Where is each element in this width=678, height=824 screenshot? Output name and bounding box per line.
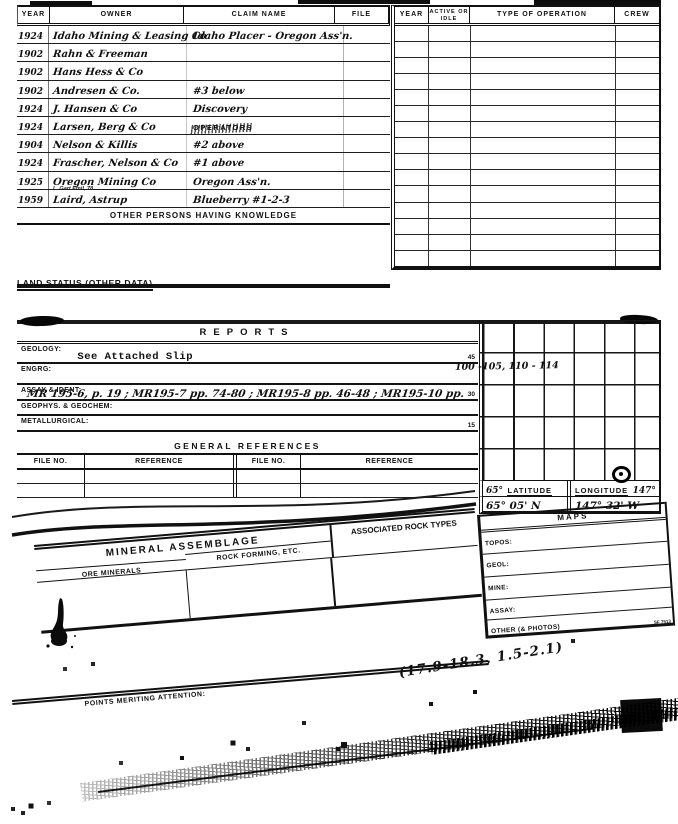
ops-type-cell xyxy=(471,74,616,89)
ops-active-cell xyxy=(429,26,471,41)
ops-active-cell xyxy=(429,106,471,121)
report-field-row: GEOLOGY:See Attached Slip45 xyxy=(17,344,478,364)
claim-file-cell xyxy=(343,81,390,98)
ops-active-cell xyxy=(429,235,471,250)
report-field-row: ENGRG:MR 195-6, p. 19 ; MR195-7 pp. 74-8… xyxy=(17,364,478,385)
reference-column-header: FILE NO. xyxy=(237,455,301,468)
claim-name: Discovery xyxy=(192,102,248,117)
maps-row-label: OTHER (& PHOTOS) xyxy=(488,622,561,635)
ops-type-cell xyxy=(471,122,616,137)
claim-year-cell: 1902 xyxy=(17,62,49,79)
ops-year-cell xyxy=(395,74,429,89)
ops-type-cell xyxy=(471,154,616,169)
claim-row: 1902Hans Hess & Co xyxy=(17,62,390,80)
scan-artifact-specks xyxy=(0,0,2,2)
other-persons-heading: OTHER PERSONS HAVING KNOWLEDGE xyxy=(17,208,390,225)
claim-name-cell: #3 below xyxy=(186,81,343,98)
claim-owner-cell: Hans Hess & Co xyxy=(49,62,186,79)
ops-crew-cell xyxy=(616,251,659,266)
ops-type-cell xyxy=(471,42,616,57)
ops-year-cell xyxy=(395,186,429,201)
owner-superscript-note: L. Gart Emil, 78 xyxy=(53,186,93,192)
reference-header-row: FILE NO.REFERENCEFILE NO.REFERENCE xyxy=(17,455,478,470)
claim-file-cell xyxy=(343,117,390,134)
operations-row xyxy=(395,186,659,202)
claim-owner-cell: Andresen & Co. xyxy=(49,81,186,98)
stamp-scribble xyxy=(190,123,252,134)
reference-column-header: REFERENCE xyxy=(301,455,478,468)
claim-name-cell: Discovery xyxy=(186,99,343,116)
claim-row: 1924Frascher, Nelson & Co#1 above xyxy=(17,153,390,171)
claim-owner-cell: Rahn & Freeman xyxy=(49,44,186,61)
ops-active-cell xyxy=(429,138,471,153)
claim-year-cell: 1925 xyxy=(17,172,49,189)
claim-name: #3 below xyxy=(192,84,245,99)
ops-crew-cell xyxy=(616,186,659,201)
report-field-value: See Attached Slip xyxy=(77,351,193,363)
operations-row xyxy=(395,42,659,58)
ops-year-cell xyxy=(395,138,429,153)
report-field-label: ENGRG: xyxy=(21,366,51,373)
ops-crew-cell xyxy=(616,170,659,185)
claim-name-cell xyxy=(186,62,343,79)
operations-row xyxy=(395,26,659,42)
claim-file-cell xyxy=(343,190,390,207)
operations-row xyxy=(395,74,659,90)
latlong-header-row: 65° LATITUDE LONGITUDE 147° xyxy=(479,480,661,496)
ops-crew-cell xyxy=(616,42,659,57)
column-header-active-or-idle: ACTIVE OR IDLE xyxy=(429,7,470,23)
maps-row-label: GEOL: xyxy=(483,560,509,570)
ops-type-cell xyxy=(471,251,616,266)
ops-active-cell xyxy=(429,58,471,73)
ink-blot xyxy=(44,596,80,652)
operations-row xyxy=(395,251,659,266)
scan-artifact-noise-band xyxy=(80,691,678,801)
operations-row xyxy=(395,235,659,251)
ops-crew-cell xyxy=(616,203,659,218)
operations-row xyxy=(395,58,659,74)
operations-row xyxy=(395,170,659,186)
land-status-heading: LAND STATUS (OTHER DATA) xyxy=(17,278,153,291)
column-header-year: YEAR xyxy=(395,7,429,23)
claim-owner: Hans Hess & Co xyxy=(52,65,144,80)
circled-dot-annotation xyxy=(612,466,631,483)
reference-cell xyxy=(17,470,85,483)
claim-year: 1924 xyxy=(17,105,43,115)
claim-year: 1924 xyxy=(17,32,43,42)
ops-crew-cell xyxy=(616,122,659,137)
ops-active-cell xyxy=(429,186,471,201)
reports-title: REPORTS xyxy=(17,327,477,338)
claim-owner-cell: J. Hansen & Co xyxy=(49,99,186,116)
ops-type-cell xyxy=(471,235,616,250)
ops-type-cell xyxy=(471,186,616,201)
ops-year-cell xyxy=(395,219,429,234)
ops-type-cell xyxy=(471,170,616,185)
ops-type-cell xyxy=(471,106,616,121)
ops-type-cell xyxy=(471,26,616,41)
claim-file-cell xyxy=(343,153,390,170)
ops-type-cell xyxy=(471,203,616,218)
ops-year-cell xyxy=(395,26,429,41)
ops-crew-cell xyxy=(616,106,659,121)
report-field-label: ASSAY & IDENT: xyxy=(21,387,81,394)
claim-name-cell xyxy=(186,44,343,61)
scan-artifact-top-bar xyxy=(298,0,430,4)
ops-type-cell xyxy=(471,219,616,234)
claim-year-cell: 1924 xyxy=(17,117,49,134)
claim-owner-cell: Idaho Mining & Leasing Co xyxy=(49,26,186,43)
claim-name: Blueberry #1-2-3 xyxy=(192,193,290,208)
claim-row: 1924J. Hansen & CoDiscovery xyxy=(17,99,390,117)
ops-active-cell xyxy=(429,74,471,89)
operations-row xyxy=(395,90,659,106)
reference-cell xyxy=(85,470,237,483)
claim-file-cell xyxy=(343,44,390,61)
operations-table-header: YEAR ACTIVE OR IDLE TYPE OF OPERATION CR… xyxy=(395,7,659,26)
operators-stamp: OPERATORS xyxy=(193,120,253,135)
claim-owner-cell: L. Gart Emil, 78Laird, Astrup xyxy=(49,190,186,207)
claim-owner-cell: Nelson & Killis xyxy=(49,135,186,152)
ops-type-cell xyxy=(471,58,616,73)
ops-crew-cell xyxy=(616,26,659,41)
claim-year-cell: 1902 xyxy=(17,44,49,61)
ops-crew-cell xyxy=(616,90,659,105)
claim-owner-cell: Frascher, Nelson & Co xyxy=(49,153,186,170)
ops-active-cell xyxy=(429,90,471,105)
reference-row xyxy=(17,470,478,484)
margin-ruler-number: 45 xyxy=(468,354,475,361)
ops-year-cell xyxy=(395,154,429,169)
claim-owner-cell: Larsen, Berg & Co xyxy=(49,117,186,134)
claims-table-header: YEAR OWNER CLAIM NAME FILE xyxy=(17,5,390,26)
claim-year-cell: 1924 xyxy=(17,99,49,116)
operations-table: YEAR ACTIVE OR IDLE TYPE OF OPERATION CR… xyxy=(391,5,661,270)
claim-file-cell xyxy=(343,62,390,79)
claim-name-cell: Oregon Ass'n. xyxy=(186,172,343,189)
claim-owner: Larsen, Berg & Co xyxy=(52,120,156,135)
reference-column-header: FILE NO. xyxy=(17,455,85,468)
claim-year-cell: 1902 xyxy=(17,81,49,98)
claim-owner: Andresen & Co. xyxy=(52,84,140,99)
reports-fields: GEOLOGY:See Attached Slip45ENGRG:MR 195-… xyxy=(17,341,478,432)
claim-row: 1924Idaho Mining & Leasing CoIdaho Place… xyxy=(17,26,390,44)
claim-name-cell: #2 above xyxy=(186,135,343,152)
report-field-row: GEOPHYS. & GEOCHEM: xyxy=(17,401,478,416)
operations-row xyxy=(395,106,659,122)
claim-row: 1902Rahn & Freeman xyxy=(17,44,390,62)
column-header-owner: OWNER xyxy=(50,7,184,23)
report-field-row: METALLURGICAL:15 xyxy=(17,416,478,432)
general-references-heading: GENERAL REFERENCES xyxy=(17,439,478,455)
operations-row xyxy=(395,138,659,154)
column-header-year: YEAR xyxy=(18,7,50,23)
longitude-label: LONGITUDE xyxy=(575,486,628,496)
longitude-degree-note: 147° xyxy=(633,486,656,496)
claim-year: 1925 xyxy=(17,178,43,188)
claim-file-cell xyxy=(343,99,390,116)
claim-year: 1959 xyxy=(17,196,43,206)
report-field-label: METALLURGICAL: xyxy=(21,418,89,425)
ops-active-cell xyxy=(429,122,471,137)
claims-owners-table: YEAR OWNER CLAIM NAME FILE 1924Idaho Min… xyxy=(17,5,390,288)
ops-active-cell xyxy=(429,219,471,234)
ops-type-cell xyxy=(471,90,616,105)
ops-active-cell xyxy=(429,203,471,218)
claim-owner: Laird, Astrup xyxy=(52,193,128,208)
margin-ruler-number: 30 xyxy=(468,391,475,398)
ops-crew-cell xyxy=(616,154,659,169)
scan-blob-left xyxy=(20,315,64,327)
claim-name-cell: OPERATORS xyxy=(186,117,343,134)
claim-owner: Frascher, Nelson & Co xyxy=(52,156,179,171)
operations-row xyxy=(395,122,659,138)
reference-cell xyxy=(237,470,301,483)
claim-year-cell: 1959 xyxy=(17,190,49,207)
ops-active-cell xyxy=(429,42,471,57)
ops-year-cell xyxy=(395,106,429,121)
ops-active-cell xyxy=(429,170,471,185)
operations-row xyxy=(395,203,659,219)
ops-type-cell xyxy=(471,138,616,153)
claim-row: 1904Nelson & Killis#2 above xyxy=(17,135,390,153)
claim-name-cell: Idaho Placer - Oregon Ass'n. xyxy=(186,26,343,43)
ops-year-cell xyxy=(395,90,429,105)
ops-year-cell xyxy=(395,122,429,137)
margin-ruler-number: 15 xyxy=(468,422,475,429)
ops-year-cell xyxy=(395,203,429,218)
claim-row: 1924Larsen, Berg & CoOPERATORS xyxy=(17,117,390,135)
claim-owner: Rahn & Freeman xyxy=(52,47,148,62)
latitude-header-cell: 65° LATITUDE xyxy=(483,481,571,496)
report-field-label: GEOPHYS. & GEOCHEM: xyxy=(21,403,113,410)
reference-cell xyxy=(301,470,478,483)
coordinate-grid xyxy=(479,320,661,480)
ops-crew-cell xyxy=(616,74,659,89)
claim-owner: Idaho Mining & Leasing Co xyxy=(52,29,207,44)
claim-name: #1 above xyxy=(192,156,245,171)
ops-crew-cell xyxy=(616,138,659,153)
ops-year-cell xyxy=(395,58,429,73)
claim-name: Idaho Placer - Oregon Ass'n. xyxy=(192,29,353,44)
ops-year-cell xyxy=(395,42,429,57)
claim-year: 1924 xyxy=(17,159,43,169)
claim-file-cell xyxy=(343,135,390,152)
reference-column-header: REFERENCE xyxy=(85,455,237,468)
claim-name: #2 above xyxy=(192,138,245,153)
engineering-pages-note: 100 -105, 110 - 114 xyxy=(455,360,559,373)
ops-active-cell xyxy=(429,154,471,169)
claim-year: 1902 xyxy=(17,50,43,60)
longitude-header-cell: LONGITUDE 147° xyxy=(571,481,659,496)
ops-year-cell xyxy=(395,170,429,185)
claim-year-cell: 1924 xyxy=(17,153,49,170)
claim-year-cell: 1924 xyxy=(17,26,49,43)
column-header-crew: CREW xyxy=(615,7,659,23)
claim-owner: J. Hansen & Co xyxy=(52,102,138,117)
maps-row-label: TOPOS: xyxy=(482,538,513,548)
report-field-label: GEOLOGY: xyxy=(21,346,61,353)
claim-file-cell xyxy=(343,172,390,189)
claim-name-cell: #1 above xyxy=(186,153,343,170)
maps-row-label: ASSAY: xyxy=(486,606,515,616)
ops-crew-cell xyxy=(616,219,659,234)
claim-year: 1924 xyxy=(17,123,43,133)
ops-crew-cell xyxy=(616,58,659,73)
claim-name-cell: Blueberry #1-2-3 xyxy=(186,190,343,207)
report-field-row: ASSAY & IDENT:30 xyxy=(17,385,478,401)
column-header-file: FILE xyxy=(335,7,388,23)
maps-row-label: MINE: xyxy=(485,583,509,593)
claim-row: 1959L. Gart Emil, 78Laird, AstrupBlueber… xyxy=(17,190,390,208)
claim-owner: Nelson & Killis xyxy=(52,138,138,153)
maps-panel: MAPS TOPOS:GEOL:MINE:ASSAY:OTHER (& PHOT… xyxy=(477,502,675,639)
column-header-type-of-operation: TYPE OF OPERATION xyxy=(470,7,615,23)
claim-year: 1904 xyxy=(17,141,43,151)
column-header-claim-name: CLAIM NAME xyxy=(184,7,335,23)
claim-row: 1902Andresen & Co.#3 below xyxy=(17,81,390,99)
ops-crew-cell xyxy=(616,235,659,250)
claim-name: Oregon Ass'n. xyxy=(192,175,271,190)
ops-year-cell xyxy=(395,235,429,250)
latitude-degree-note: 65° xyxy=(486,486,503,496)
ops-active-cell xyxy=(429,251,471,266)
latitude-label: LATITUDE xyxy=(507,486,552,496)
operations-row xyxy=(395,219,659,235)
claim-year: 1902 xyxy=(17,68,43,78)
operations-row xyxy=(395,154,659,170)
ops-year-cell xyxy=(395,251,429,266)
claim-year: 1902 xyxy=(17,87,43,97)
claim-year-cell: 1904 xyxy=(17,135,49,152)
scanned-mining-record-form: YEAR OWNER CLAIM NAME FILE 1924Idaho Min… xyxy=(0,0,678,824)
